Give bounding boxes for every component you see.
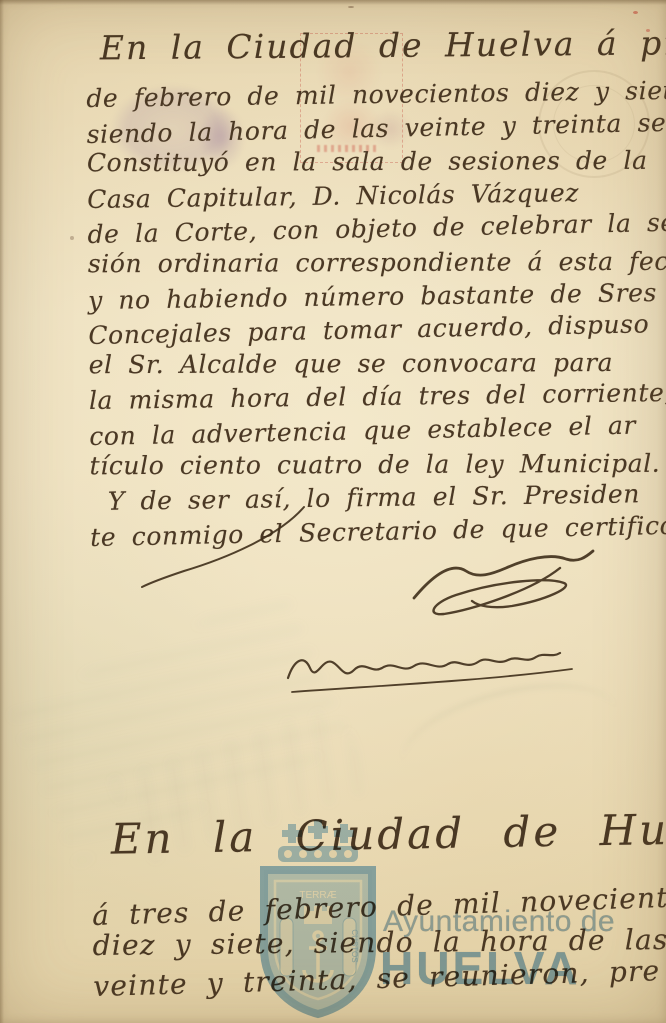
manuscript-line: el Sr. Alcalde que se convocara para [89,347,664,383]
manuscript-line: tículo ciento cuatro de la ley Municipal… [89,448,664,484]
session-act-1: En la Ciudad de Huelva á primero de febr… [86,24,666,553]
ink-speck [70,236,74,240]
page-edge-shadow [0,0,666,5]
manuscript-line: sión ordinaria correspondiente á esta fe… [88,247,663,283]
manuscript-page: En la Ciudad de Huelva á primero de febr… [0,0,666,1023]
manuscript-line: En la Ciudad de Huelva [90,805,666,895]
red-speck [646,29,650,32]
ink-speck [348,6,354,8]
pen-flourish [138,503,308,591]
signature-secretario-rubric [282,640,576,702]
manuscript-line: En la Ciudad de Huelva á primero [86,24,661,83]
red-speck [633,11,638,14]
signature-presidente-rubric [408,546,598,628]
manuscript-line: Constituyó en la sala de sesiones de la [87,146,662,182]
page-edge-shadow [0,0,4,1023]
session-act-2: En la Ciudad de Huelva á tres de febrero… [90,805,666,1003]
